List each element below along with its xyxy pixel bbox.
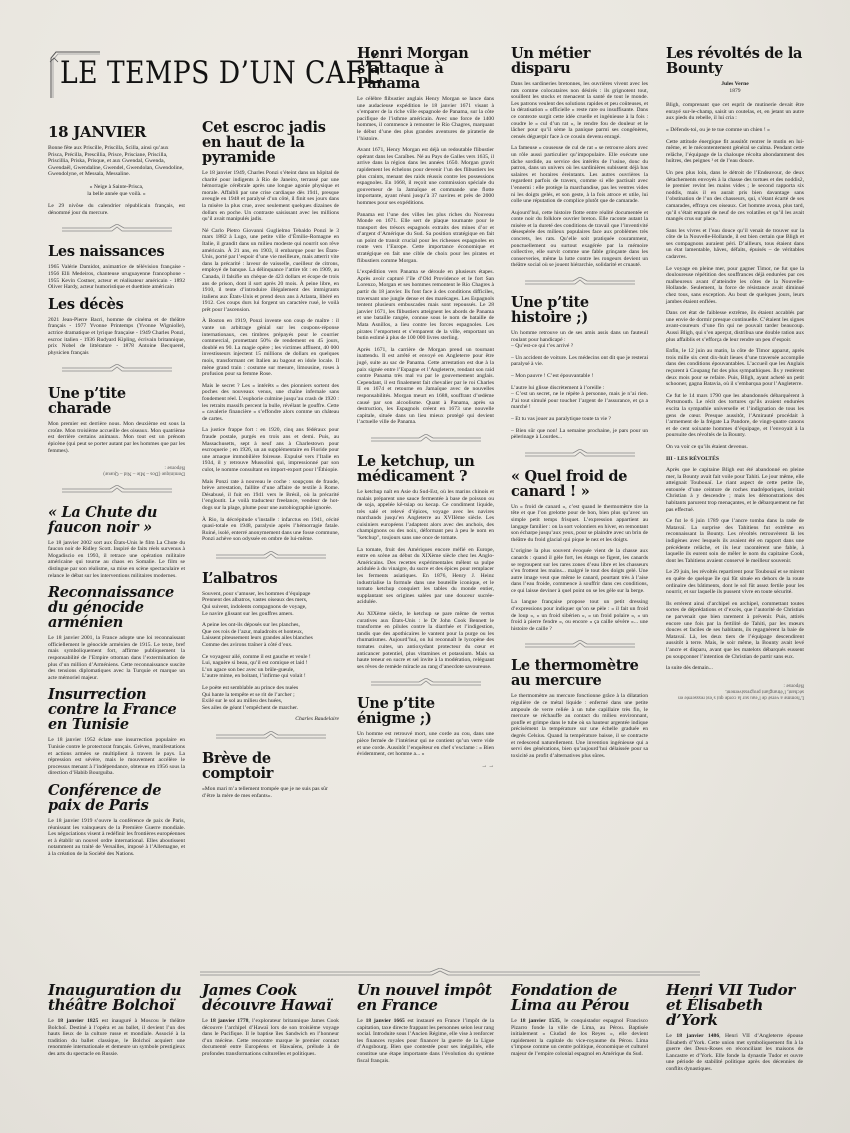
enigme-answer-text: L’homme a versé de l’eau sur la corde qu… — [666, 688, 804, 700]
histoire-line: – Bien sûr que non! La semaine prochaine… — [511, 428, 648, 441]
faucon-text: Le 18 janvier 2002 sort aux États-Unis l… — [48, 540, 185, 580]
histoire-line: – Un accident de voiture. Les médecins o… — [511, 355, 648, 368]
proverb-line-1: « Neige à Sainte-Prisca, — [48, 184, 185, 191]
bottom-article-heading: Fondation de Lima au Pérou — [511, 983, 648, 1013]
ketchup-paragraph: Le ketchup naît en Asie du Sud-Est, où l… — [357, 489, 494, 542]
column-3: Henri Morgan s’attaque à Panama Le célèb… — [357, 46, 494, 774]
enigme-text: Un homme est retrouvé mort, une corde au… — [357, 731, 494, 757]
enigme-arrows-icon: → → — [357, 763, 494, 770]
bounty-paragraph: On va voir ce qu’ils étaient devenus. — [666, 444, 804, 451]
bounty-paragraph: Enfin, le 12 juin au matin, la côte de T… — [666, 348, 804, 388]
paix-text: Le 18 janvier 1919 s’ouvre la conférence… — [48, 818, 185, 858]
metier-heading: Un métier disparu — [511, 46, 648, 76]
ornament-divider — [525, 640, 635, 650]
bounty-year: 1879 — [666, 88, 804, 95]
morgan-paragraph: L’expédition vers Panama se déroule en p… — [357, 269, 494, 342]
ponzi-paragraph: Mais Ponzi rate à nouveau le coche : sou… — [202, 479, 339, 512]
ponzi-heading: Cet escroc jadis en haut de la pyramide — [202, 120, 339, 165]
charade-answer: Dominique (Dos – Mie – Nid – Queue) Répo… — [68, 464, 185, 476]
bounty-paragraph: Le 29 juin, les révoltés repartirent pou… — [666, 569, 804, 595]
republican-calendar-text: Le 29 nivôse du calendrier républicain f… — [48, 203, 185, 216]
albatros-stanza: Souvent, pour s’amuser, les hommes d’équ… — [202, 591, 339, 617]
bottom-article-text: Le 18 janvier 1486, Henri VII d’Angleter… — [666, 1033, 803, 1073]
bottom-article-heading: James Cook découvre Hawaï — [202, 983, 339, 1013]
thermo-heading: Le thermomètre au mercure — [511, 658, 648, 688]
albatros-stanza: Ce voyageur ailé, comme il est gauche et… — [202, 654, 339, 680]
ornament-divider — [371, 434, 481, 444]
albatros-author: Charles Baudelaire — [202, 716, 339, 723]
charade-text: Mon premier est derrière nous. Mon deuxi… — [48, 421, 185, 454]
canard-paragraph: L’origine la plus souvent évoquée vient … — [511, 548, 648, 594]
bounty-heading: Les révoltés de la Bounty — [666, 46, 804, 76]
tunisie-text: Le 18 janvier 1952 éclate une insurrecti… — [48, 737, 185, 777]
bounty-author: Jules Verne — [666, 81, 804, 88]
enigme-answer-label: Réponse : — [666, 682, 804, 688]
bottom-article: Fondation de Lima au Pérou Le 18 janvier… — [511, 983, 648, 1063]
morgan-heading: Henri Morgan s’attaque à Panama — [357, 46, 494, 91]
bottom-article: Henri VII Tudor et Élisabeth d’York Le 1… — [666, 983, 803, 1078]
ketchup-paragraph: La tomate, fruit des Amériques encore mé… — [357, 547, 494, 606]
histoire-line: – Et tu vas jouer au paralytique toute t… — [511, 416, 648, 423]
bounty-paragraph: Dans cet état de faiblesse extrême, ils … — [666, 310, 804, 343]
bounty-paragraph: Ils errèrent ainsi d’archipel en archipe… — [666, 601, 804, 660]
bottom-article-text: Le 18 janvier 1665 est instauré en Franc… — [357, 1018, 494, 1064]
enigme-answer: L’homme a versé de l’eau sur la corde qu… — [666, 682, 804, 701]
metier-paragraph: La fameuse « couseuse de cul de rat » se… — [511, 145, 648, 204]
bounty-continue: la suite dès demain... — [666, 665, 804, 672]
thermo-text: Le thermomètre au mercure fonctionne grâ… — [511, 693, 648, 759]
charade-answer-text: Dominique (Dos – Mie – Nid – Queue) — [68, 470, 185, 476]
faucon-heading: « La Chute du faucon noir » — [48, 505, 185, 535]
saints-text: Bonne fête aux Priscille, Priscilla, Sci… — [48, 145, 185, 178]
canard-paragraph: La langue française propose tout un peti… — [511, 599, 648, 632]
histoire-heading: Une p’tite histoire ;) — [511, 295, 648, 325]
canard-paragraph: Un « froid de canard », c’est quand le t… — [511, 504, 648, 544]
canard-heading: « Quel froid de canard ! » — [511, 469, 648, 499]
bounty-paragraph: « Défends-toi, ou je te tue comme un chi… — [666, 127, 804, 134]
ornament-divider — [371, 678, 481, 688]
ponzi-paragraph: La justice frappe fort : en 1920, cinq a… — [202, 427, 339, 473]
bounty-section-heading: III - LES RÉVOLTÉS — [666, 456, 804, 463]
bottom-article-text: Le 18 janvier 1778, l’explorateur britan… — [202, 1018, 339, 1058]
deaths-heading: Les décès — [48, 297, 185, 312]
comptoir-heading: Brève de comptoir — [202, 751, 339, 781]
ornament-divider — [62, 224, 172, 234]
albatros-heading: L’albatros — [202, 571, 339, 586]
bounty-paragraph: Le voyage en pleine mer, pour gagner Tim… — [666, 266, 804, 306]
bottom-article-heading: Henri VII Tudor et Élisabeth d’York — [666, 983, 803, 1028]
deaths-text: 2021 Jean-Pierre Bacri, homme de cinéma … — [48, 317, 185, 357]
births-heading: Les naissances — [48, 244, 185, 259]
charade-heading: Une p’tite charade — [48, 386, 185, 416]
bottom-article-text: Le 18 janvier 1535, le conquistador espa… — [511, 1018, 648, 1058]
ornament-divider — [62, 364, 172, 374]
proverb-line-2: la belle année que voilà. » — [48, 191, 185, 198]
ketchup-paragraph: Au XIXème siècle, le ketchup se pare mêm… — [357, 611, 494, 670]
bounty-paragraph: Cette attitude énergique fit aussitôt re… — [666, 139, 804, 165]
genocide-heading: Reconnaissance du génocide arménien — [48, 585, 185, 630]
ketchup-heading: Le ketchup, un médicament ? — [357, 454, 494, 484]
histoire-line: – Mon pauvre ! C’est épouvantable ! — [511, 373, 648, 380]
column-2: Cet escroc jadis en haut de la pyramide … — [202, 120, 339, 804]
comptoir-text: «Mon mari m’a tellement trompée que je n… — [202, 786, 339, 799]
bounty-paragraph: Ce fut le 14 mars 1790 que les abandonné… — [666, 393, 804, 439]
histoire-line: Un homme retrouve un de ses amis assis d… — [511, 330, 648, 350]
masthead-title: LE TEMPS D’UN CAFÉ — [60, 55, 384, 91]
ponzi-paragraph: Mais le secret ? Les « intérêts » des pi… — [202, 383, 339, 423]
bounty-paragraph: Sans les vivres et l’eau douce qu’il ven… — [666, 228, 804, 261]
albatros-stanza: A peine les ont-ils déposés sur les plan… — [202, 622, 339, 648]
ornament-divider — [525, 449, 635, 459]
metier-paragraph: Aujourd’hui, cette histoire flotte entre… — [511, 210, 648, 269]
ponzi-paragraph: À Boston en 1919, Ponzi invente son coup… — [202, 318, 339, 377]
genocide-text: Le 18 janvier 2001, la France adopte une… — [48, 635, 185, 681]
bottom-article-heading: Un nouvel impôt en France — [357, 983, 494, 1013]
ponzi-paragraph: Né Carlo Pietro Giovanni Guglielmo Tebal… — [202, 228, 339, 314]
column-4: Un métier disparu Dans les sardineries b… — [511, 46, 648, 764]
enigme-heading: Une p’tite énigme ;) — [357, 696, 494, 726]
metier-paragraph: Dans les sardineries bretonnes, les ouvr… — [511, 81, 648, 140]
morgan-paragraph: Après 1671, la carrière de Morgan prend … — [357, 347, 494, 426]
morgan-paragraph: Panama est l’une des villes les plus ric… — [357, 212, 494, 265]
bottom-article: James Cook découvre Hawaï Le 18 janvier … — [202, 983, 339, 1063]
paix-heading: Conférence de paix de Paris — [48, 783, 185, 813]
ponzi-paragraph: À Rio, la décrépitude s’installe : infar… — [202, 517, 339, 543]
morgan-paragraph: Le célèbre flibustier anglais Henry Morg… — [357, 96, 494, 142]
morgan-paragraph: Avant 1671, Henry Morgan est déjà un red… — [357, 147, 494, 206]
bounty-paragraph: Un peu plus loin, dans le détroit de l’E… — [666, 170, 804, 223]
bounty-paragraph: Bligh, comprenant que cet esprit de muti… — [666, 102, 804, 122]
column-1: 18 JANVIER Bonne fête aux Priscille, Pri… — [48, 125, 185, 863]
bottom-article: Un nouvel impôt en France Le 18 janvier … — [357, 983, 494, 1069]
bounty-paragraph: Après que le capitaine Bligh eut été aba… — [666, 467, 804, 513]
column-5: Les révoltés de la Bounty Jules Verne 18… — [666, 46, 804, 700]
ponzi-paragraph: Le 18 janvier 1949, Charles Ponzi s’étei… — [202, 170, 339, 223]
births-text: 1965 Valérie Damidot, animatrice de télé… — [48, 264, 185, 290]
ornament-divider — [216, 731, 326, 741]
tunisie-heading: Insurrection contre la France en Tunisie — [48, 687, 185, 732]
bottom-article-heading: Inauguration du théâtre Bolchoï — [48, 983, 185, 1013]
bottom-article-text: Le 18 janvier 1825 est inauguré à Moscou… — [48, 1018, 185, 1058]
bounty-paragraph: Ce fut le 6 juin 1789 que l’ancre tomba … — [666, 518, 804, 564]
date-heading: 18 JANVIER — [48, 125, 185, 140]
bottom-article: Inauguration du théâtre Bolchoï Le 18 ja… — [48, 983, 185, 1063]
ornament-divider — [525, 277, 635, 287]
histoire-line: L’autre lui glisse discrètement à l’orei… — [511, 385, 648, 411]
albatros-stanza: Le poète est semblable au prince des nué… — [202, 685, 339, 711]
ornament-divider — [62, 485, 172, 495]
ornament-divider — [216, 551, 326, 561]
